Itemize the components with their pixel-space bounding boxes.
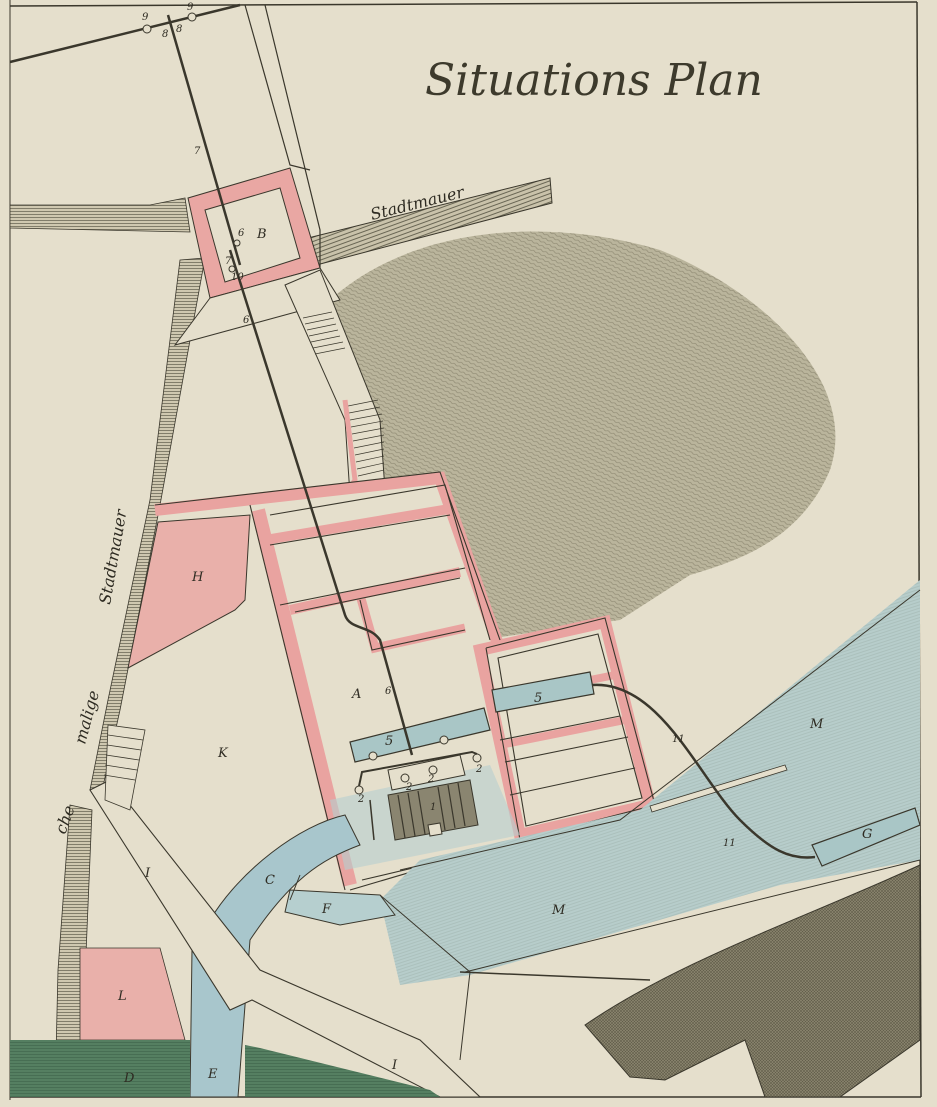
area-label-h: H bbox=[191, 570, 204, 585]
number-label-2c: 2 bbox=[357, 794, 364, 805]
area-label-m-upper: M bbox=[809, 717, 824, 732]
number-label-6-b: 6 bbox=[243, 315, 250, 326]
number-label-9-a: 9 bbox=[142, 12, 149, 23]
map-canvas: Situations Plan Stadtmauer Stadtmauer ma… bbox=[0, 0, 937, 1107]
number-label-11-b: 11 bbox=[723, 838, 736, 849]
situations-plan-map: Situations Plan Stadtmauer Stadtmauer ma… bbox=[0, 0, 937, 1107]
number-label-2d: 2 bbox=[475, 764, 482, 775]
area-label-k: K bbox=[217, 746, 229, 761]
area-label-a: A bbox=[351, 687, 361, 702]
area-label-f: F bbox=[321, 902, 332, 917]
number-label-11-a: 11 bbox=[672, 734, 685, 745]
area-label-c: C bbox=[265, 873, 275, 888]
number-label-7-a: 7 bbox=[194, 146, 201, 157]
number-label-6-c: 6 bbox=[238, 228, 245, 239]
number-label-6-a: 6 bbox=[385, 686, 392, 697]
area-label-l: L bbox=[117, 989, 127, 1004]
number-label-5-mill: 5 bbox=[385, 734, 393, 749]
number-label-1: 1 bbox=[430, 802, 436, 813]
area-label-i-upper: I bbox=[144, 866, 151, 881]
number-label-2b: 2 bbox=[427, 774, 434, 785]
area-label-e: E bbox=[207, 1067, 218, 1082]
number-label-7-b: 7 bbox=[225, 256, 232, 267]
number-label-9-b: 9 bbox=[187, 2, 194, 13]
number-label-8b: 8 bbox=[176, 24, 182, 35]
map-title: Situations Plan bbox=[425, 55, 763, 106]
area-label-m-lower: M bbox=[551, 903, 566, 918]
area-label-d: D bbox=[123, 1071, 135, 1086]
number-label-2a: 2 bbox=[405, 782, 412, 793]
number-label-8: 8 bbox=[162, 29, 168, 40]
number-label-5-annex: 5 bbox=[534, 691, 542, 706]
area-label-b: B bbox=[256, 227, 267, 242]
area-label-g: G bbox=[862, 827, 872, 842]
number-label-10: 10 bbox=[231, 272, 244, 283]
area-label-i-lower: I bbox=[391, 1058, 398, 1073]
meadow-d bbox=[10, 1040, 190, 1097]
